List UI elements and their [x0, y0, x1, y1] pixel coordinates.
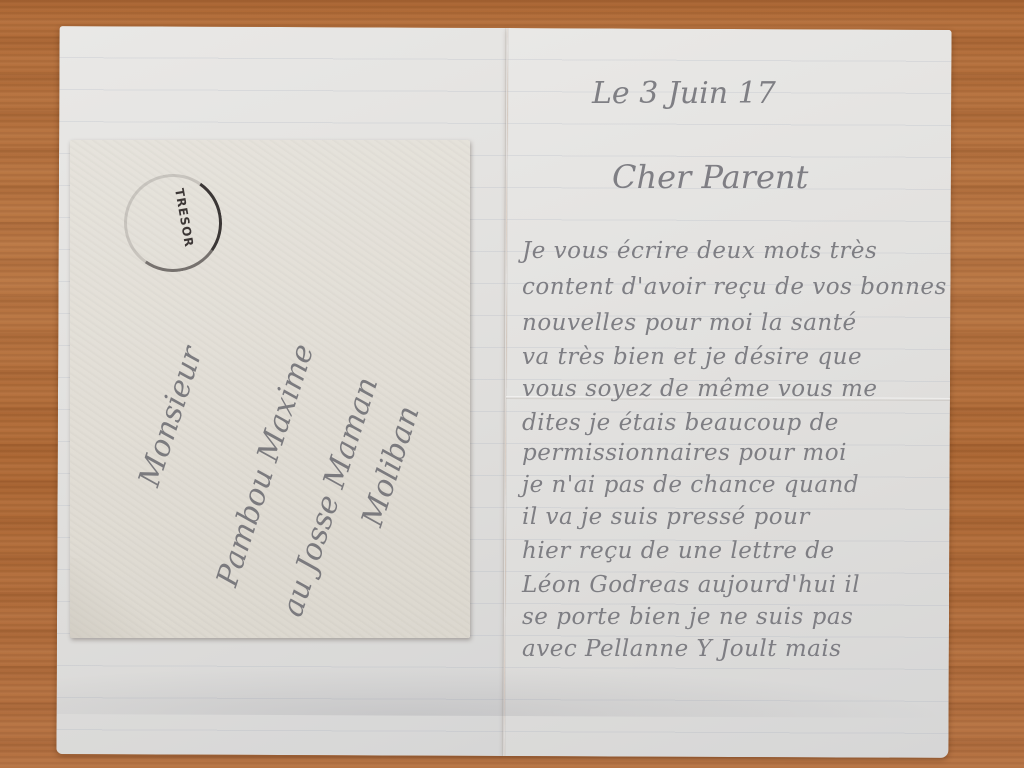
letter-line: il va je suis pressé pour — [522, 504, 810, 530]
paper-shadow — [57, 664, 949, 718]
letter-date: Le 3 Juin 17 — [592, 76, 776, 111]
letter-line: dites je étais beaucoup de — [522, 410, 839, 436]
postmark-stamp: TRESOR — [116, 166, 230, 280]
envelope-address-line: Monsieur — [132, 343, 210, 491]
letter-line: se porte bien je ne suis pas — [522, 604, 853, 630]
letter-line: hier reçu de une lettre de — [522, 538, 835, 564]
envelope-flap — [70, 558, 160, 638]
letter-line: va très bien et je désire que — [522, 344, 862, 370]
letter-line: je n'ai pas de chance quand — [522, 472, 859, 498]
envelope: TRESOR Monsieur Pambou Maxime au Josse M… — [70, 140, 470, 638]
letter-line: avec Pellanne Y Joult mais — [522, 636, 842, 662]
letter-line: vous soyez de même vous me — [522, 376, 877, 402]
postmark-text: TRESOR — [172, 187, 196, 248]
letter-line: permissionnaires pour moi — [522, 440, 847, 466]
letter-line: Léon Godreas aujourd'hui il — [522, 572, 860, 598]
letter-line: nouvelles pour moi la santé — [522, 310, 857, 336]
letter-salutation: Cher Parent — [612, 158, 808, 196]
letter-line: Je vous écrire deux mots très — [522, 238, 877, 264]
letter-line: content d'avoir reçu de vos bonnes — [522, 274, 947, 300]
